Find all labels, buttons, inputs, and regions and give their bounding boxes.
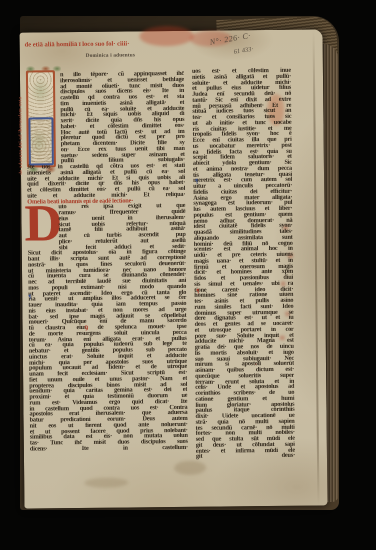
left-column-gospel-opening: n illo tēpore· cū appinquasset ihc̄ihero… [26,71,185,165]
pilcrow-accent-mark: ꝯ [85,325,89,331]
stain-marks-layer [20,29,323,32]
page-crease [312,30,319,506]
folio-number-note: 61 433· [233,46,253,56]
margin-vertical-note: de aduentu dn̄i ad iherusalem nota [17,97,23,175]
photo-background: de etiā aliā homiliā ī loco suo fol· cii… [0,0,376,550]
manuscript-book: de etiā aliā homiliā ī loco suo fol· cii… [20,16,339,510]
pilcrow-accent-mark: ¶ [196,289,199,295]
heading-annotation: Dominica i aduentus [86,52,135,59]
manuscript-page: de etiā aliā homiliā ī loco suo fol· cii… [20,29,328,508]
right-column-homily-text: uos est· et cōfestim inuenietis asinā al… [192,68,295,460]
pilcrow-accent-mark: · [255,362,257,368]
parchment-stain [174,461,206,475]
pilcrow-accent-mark: ¶ [195,179,198,185]
left-column-gospel-continued: Jte uos in castellū qd cōtra uos est· et… [27,163,185,199]
parchment-stain [84,477,128,487]
left-column-homily-text: Sicut dicit apostolus· oīa in figura cōt… [28,249,188,452]
pilcrow-accent-mark: ¶ [28,294,31,300]
text-column-left: n illo tēpore· cū appinquasset ihc̄ihero… [26,71,188,452]
left-column-homily-opening: uto res ipsa exigit ut queramus· ffreque… [27,203,185,251]
manuscript-text-line: git deus· [196,453,295,460]
text-column-right: uos est· et cōfestim inuenietis asinā al… [192,68,295,460]
manuscript-text-line: dicens· Ite in castellum· [30,444,188,452]
top-rubric: de etiā aliā homiliā ī loco suo fol· cii… [25,39,225,48]
